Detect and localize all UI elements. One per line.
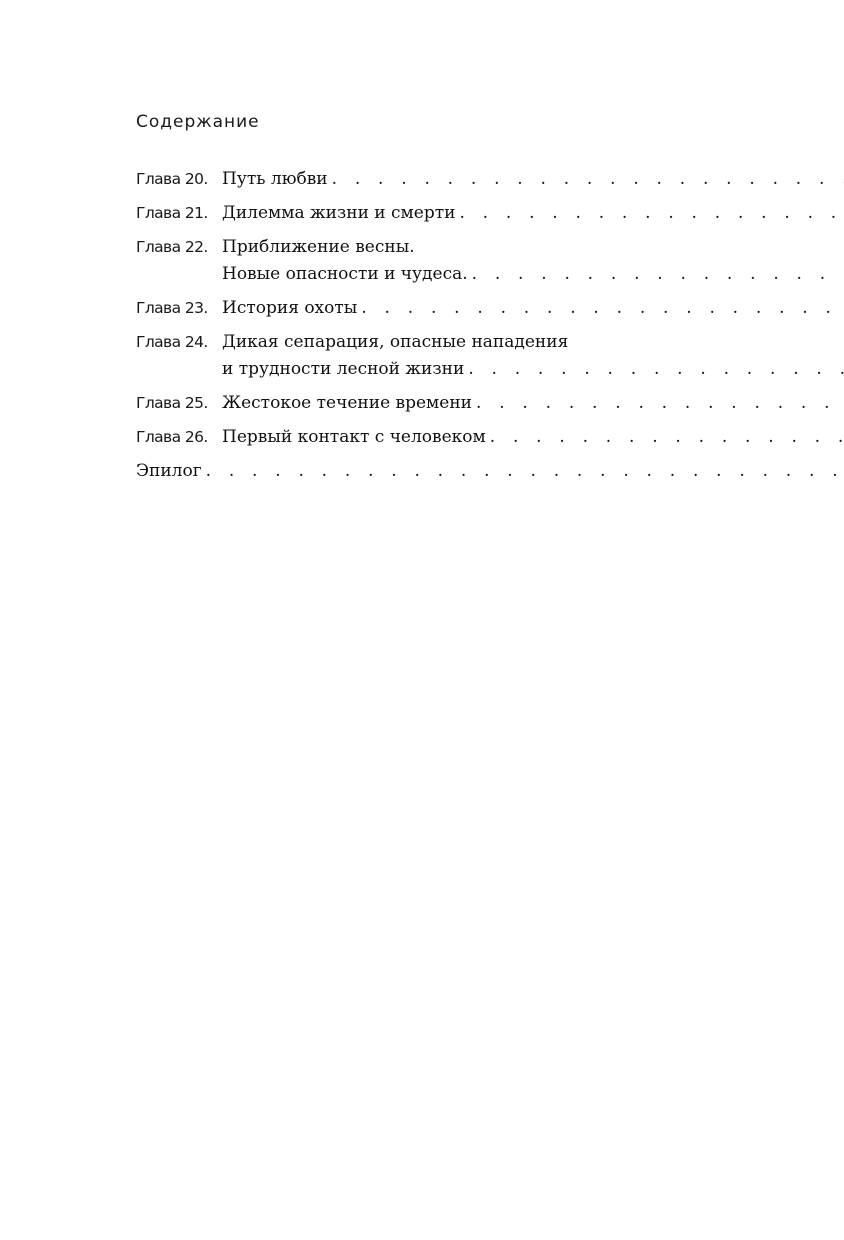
- chapter-title-continued: Новые опасности и чудеса.: [222, 261, 468, 288]
- chapter-label: Глава 24.: [136, 329, 222, 356]
- toc-entry[interactable]: Глава 25. Жестокое течение времени . . .…: [136, 390, 756, 417]
- dot-leader: . . . . . . . . . . . . . . . . . . . . …: [206, 458, 844, 485]
- chapter-title-continued: и трудности лесной жизни: [222, 356, 464, 383]
- chapter-title: История охоты: [222, 295, 357, 322]
- dot-leader: . . . . . . . . . . . . . . . . . . . . …: [468, 356, 844, 383]
- toc-entry-epilogue[interactable]: Эпилог . . . . . . . . . . . . . . . . .…: [136, 458, 756, 485]
- chapter-label: Глава 22.: [136, 234, 222, 261]
- chapter-title: Путь любви: [222, 166, 328, 193]
- chapter-title: Приближение весны.: [222, 234, 415, 261]
- toc-entry[interactable]: Глава 24. Дикая сепарация, опасные напад…: [136, 329, 756, 383]
- dot-leader: . . . . . . . . . . . . . . . . . . . . …: [472, 261, 844, 288]
- dot-leader: . . . . . . . . . . . . . . . . . . . . …: [361, 295, 844, 322]
- chapter-title: Дикая сепарация, опасные нападения: [222, 329, 568, 356]
- dot-leader: . . . . . . . . . . . . . . . . . . . . …: [332, 166, 844, 193]
- toc-entry[interactable]: Глава 23. История охоты . . . . . . . . …: [136, 295, 756, 322]
- dot-leader: . . . . . . . . . . . . . . . . . . . . …: [459, 200, 844, 227]
- chapter-title: Жестокое течение времени: [222, 390, 472, 417]
- toc-entry[interactable]: Глава 20. Путь любви . . . . . . . . . .…: [136, 166, 756, 193]
- toc-entry[interactable]: Глава 26. Первый контакт с человеком . .…: [136, 424, 756, 451]
- chapter-title: Эпилог: [136, 458, 202, 485]
- dot-leader: . . . . . . . . . . . . . . . . . . . . …: [476, 390, 844, 417]
- chapter-label: Глава 20.: [136, 166, 222, 193]
- chapter-title: Первый контакт с человеком: [222, 424, 486, 451]
- chapter-label: Глава 23.: [136, 295, 222, 322]
- toc-entry[interactable]: Глава 22. Приближение весны. Новые опасн…: [136, 234, 756, 288]
- table-of-contents: Глава 20. Путь любви . . . . . . . . . .…: [136, 166, 756, 492]
- page-title: Содержание: [136, 112, 260, 132]
- chapter-label: Глава 21.: [136, 200, 222, 227]
- toc-entry[interactable]: Глава 21. Дилемма жизни и смерти . . . .…: [136, 200, 756, 227]
- chapter-label: Глава 25.: [136, 390, 222, 417]
- chapter-label: Глава 26.: [136, 424, 222, 451]
- dot-leader: . . . . . . . . . . . . . . . . . . . . …: [490, 424, 844, 451]
- chapter-title: Дилемма жизни и смерти: [222, 200, 455, 227]
